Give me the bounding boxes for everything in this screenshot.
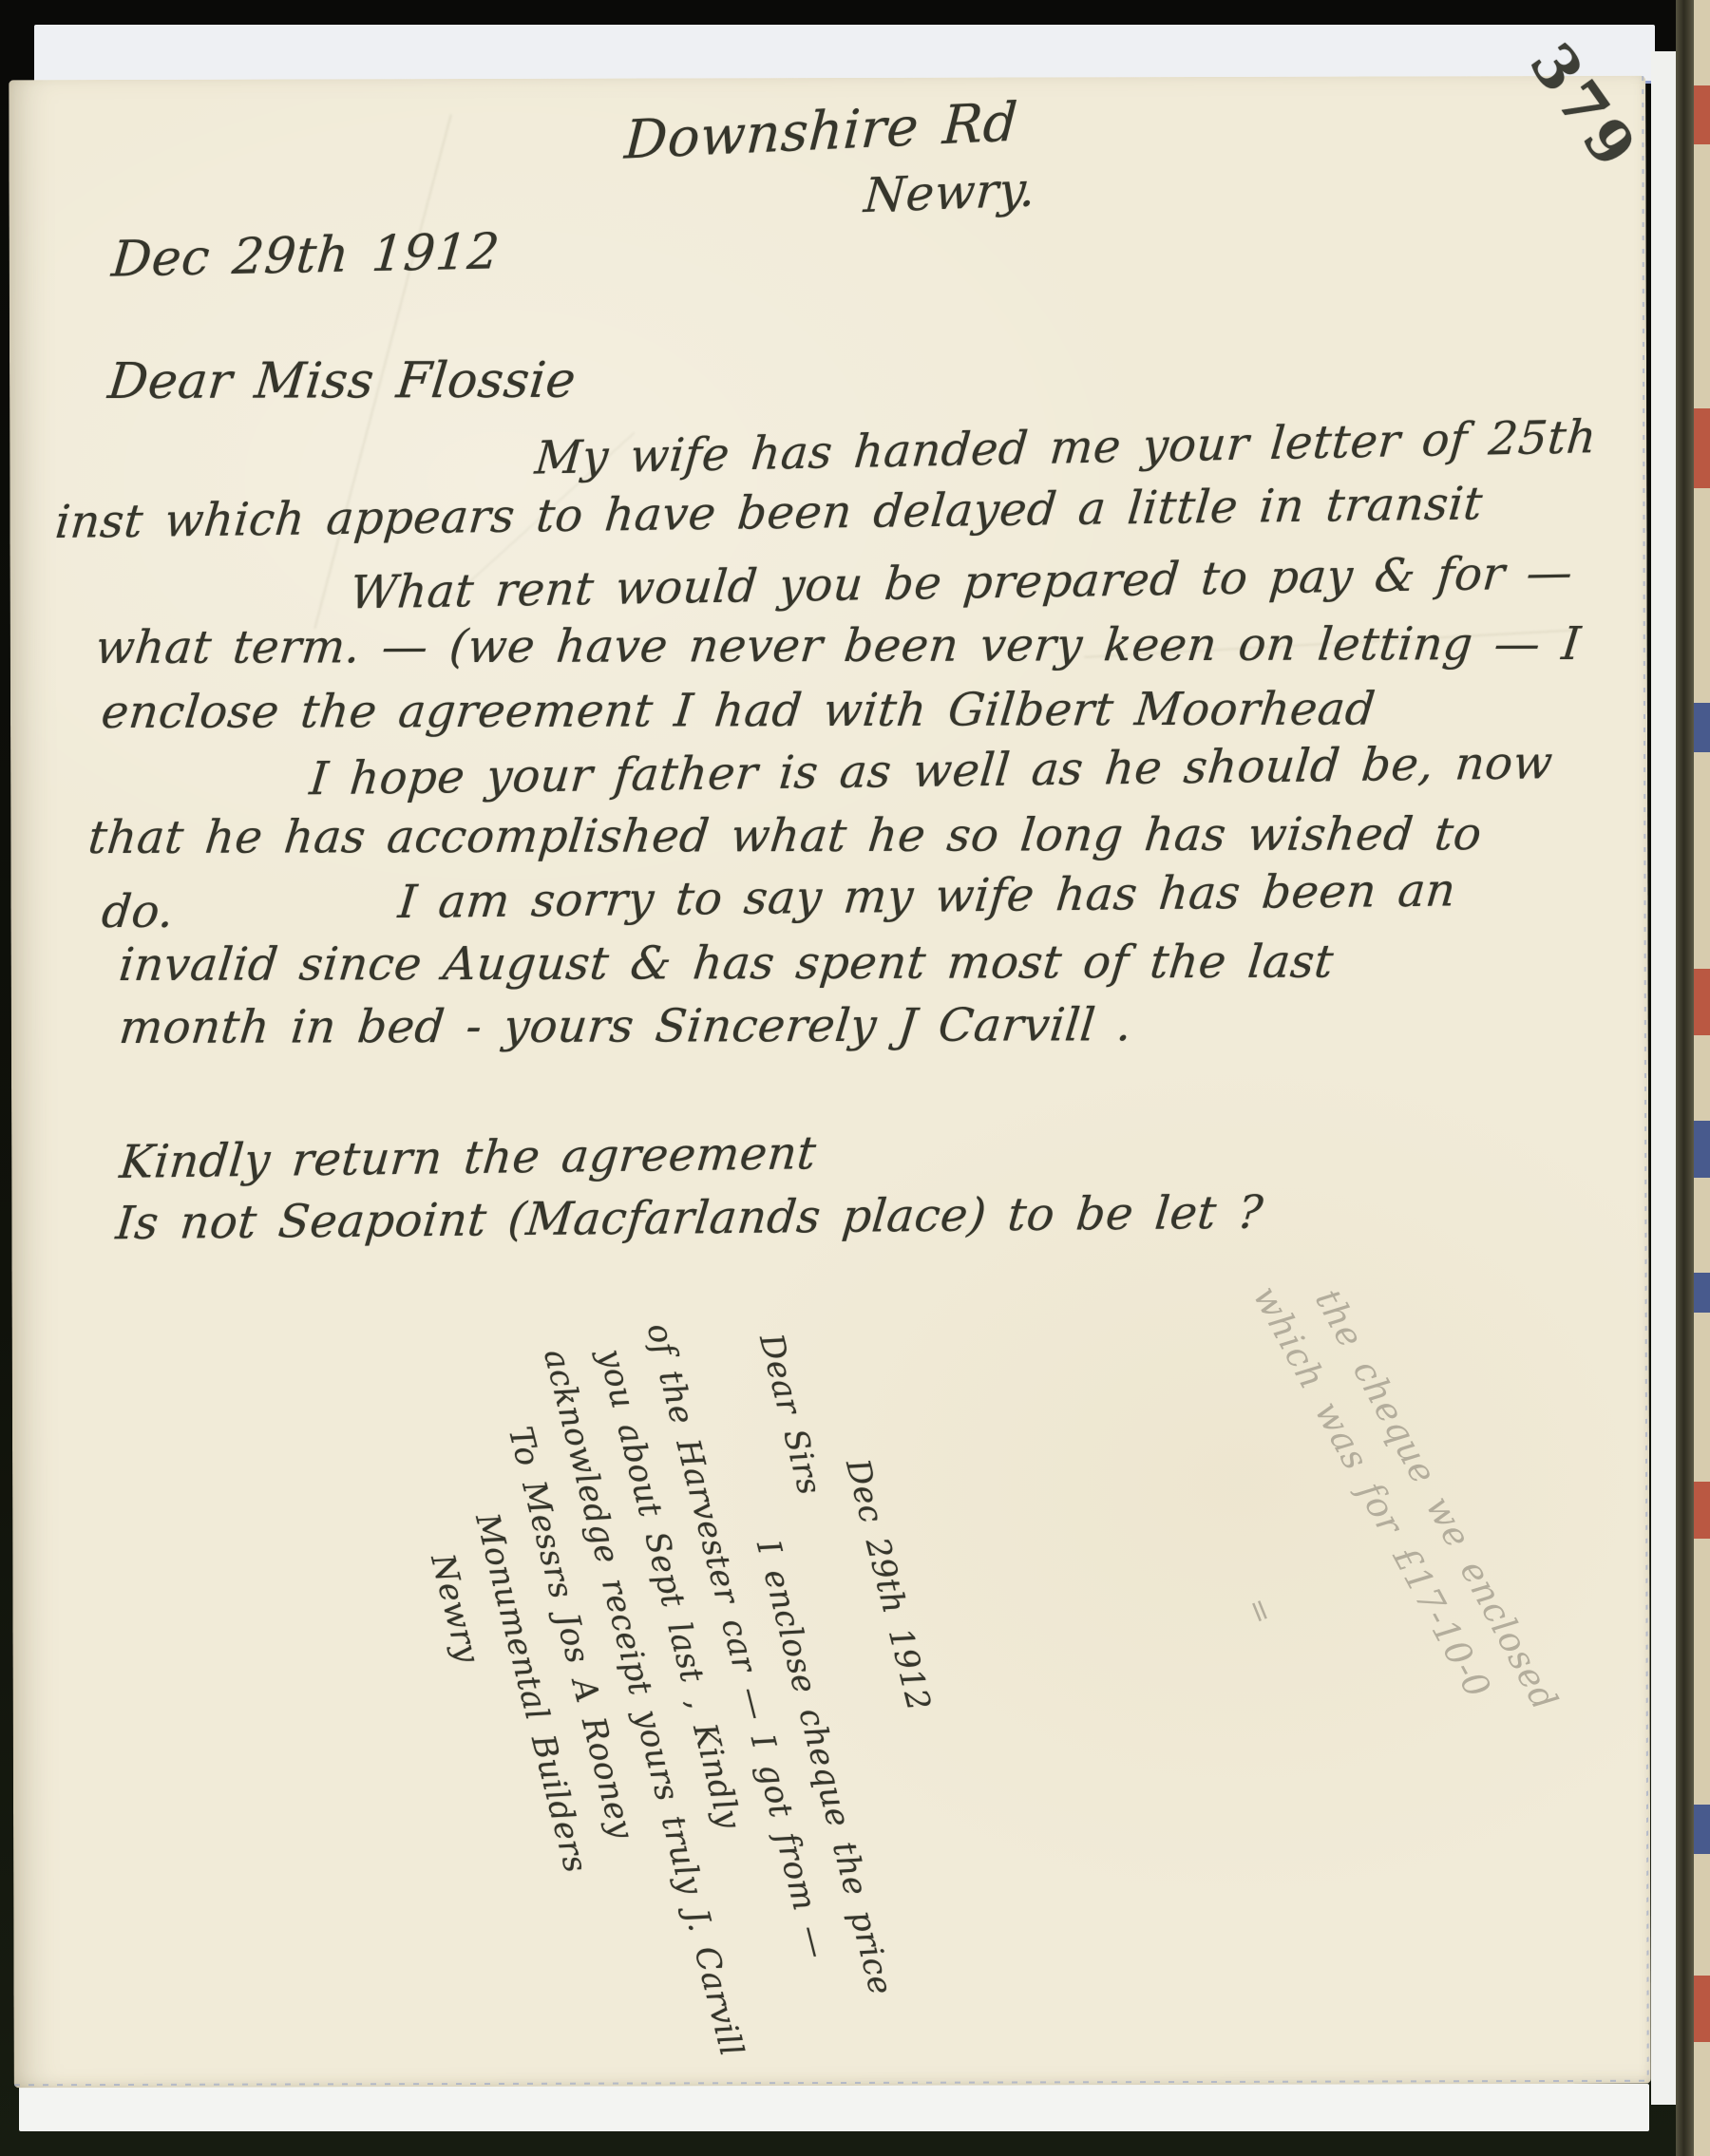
letter-line: I am sorry to say my wife has has been a… (398, 863, 1455, 929)
book-fore-edge-dark (1676, 0, 1694, 2156)
pencil-line: which was for £17-10-0 (1239, 1277, 1569, 1832)
pencil-ditto-mark: = (1239, 1592, 1282, 1629)
underlying-page-top-edge (34, 25, 1655, 84)
postscript-line: Kindly return the agreement (120, 1126, 817, 1189)
letterhead-town: Newry. (864, 161, 1037, 223)
letter-line: what term. — (we have never been very ke… (96, 617, 1581, 674)
fore-edge-blue-mark (1694, 703, 1710, 752)
fore-edge-red-mark (1694, 1482, 1710, 1539)
letter-line: do. (102, 885, 174, 938)
letter-salutation: Dear Miss Flossie (108, 352, 576, 410)
fore-edge-red-mark (1694, 1976, 1710, 2042)
letter-date: Dec 29th 1912 (111, 223, 500, 288)
fore-edge-blue-mark (1694, 1805, 1710, 1854)
letter-line: that he has accomplished what he so long… (88, 807, 1481, 864)
letter-line: inst which appears to have been delayed … (55, 477, 1483, 549)
letter-line: My wife has handed me your letter of 25t… (535, 410, 1597, 484)
fore-edge-red-mark (1694, 969, 1710, 1035)
ledger-ruling-right (1642, 76, 1649, 2084)
postscript-line: Is not Seapoint (Macfarlands place) to b… (116, 1186, 1263, 1251)
letter-line: enclose the agreement I had with Gilbert… (102, 682, 1376, 739)
letter-line: invalid since August & has spent most of… (120, 936, 1334, 992)
fore-edge-blue-mark (1694, 1273, 1710, 1313)
scanned-letter-photo: 379 Downshire Rd Newry. Dec 29th 1912 De… (0, 0, 1710, 2156)
underlying-page-bottom-edge (19, 2084, 1649, 2131)
rotated-draft-note: Dec 29th 1912 Dear Sirs I enclose cheque… (373, 1278, 1026, 2142)
book-fore-edge-white (1651, 51, 1676, 2105)
fore-edge-red-mark (1694, 85, 1710, 144)
pencil-annotation: the cheque we enclosed which was for £17… (1254, 1279, 1617, 1832)
pencil-line: the cheque we enclosed (1301, 1279, 1617, 1806)
letterhead-address: Downshire Rd (623, 91, 1019, 171)
book-fore-edge-pages (1694, 0, 1710, 2156)
letter-page: 379 Downshire Rd Newry. Dec 29th 1912 De… (9, 76, 1651, 2089)
letter-line: I hope your father is as well as he shou… (310, 736, 1553, 805)
fore-edge-blue-mark (1694, 1121, 1710, 1178)
letter-line: month in bed - yours Sincerely J Carvill… (120, 998, 1132, 1054)
fore-edge-red-mark (1694, 408, 1710, 488)
letter-line: What rent would you be prepared to pay &… (350, 546, 1573, 619)
